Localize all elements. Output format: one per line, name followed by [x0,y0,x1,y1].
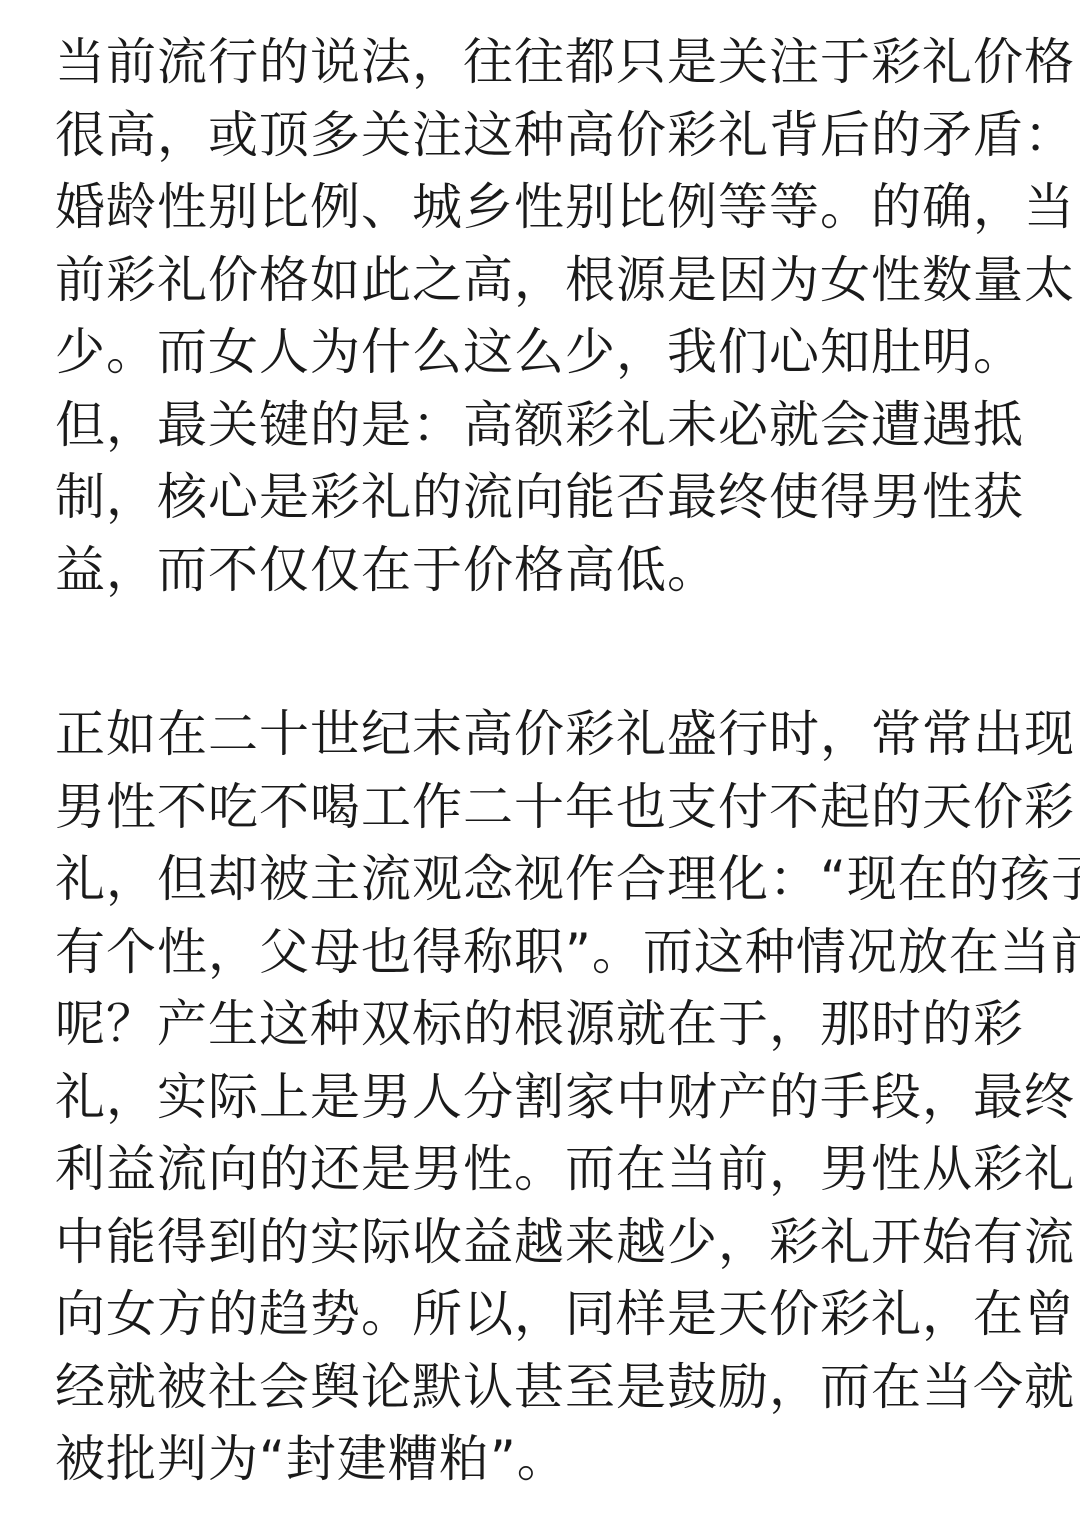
text-line: 男性不吃不喝工作二十年也支付不起的天价彩 [55,771,1030,844]
text-line: 向女方的趋势。所以，同样是天价彩礼，在曾 [55,1278,1030,1351]
text-line: 中能得到的实际收益越来越少，彩礼开始有流 [55,1206,1030,1279]
paragraph-2: 正如在二十世纪末高价彩礼盛行时，常常出现 男性不吃不喝工作二十年也支付不起的天价… [55,698,1030,1496]
text-line: 但，最关键的是：高额彩礼未必就会遭遇抵 [55,389,1030,462]
text-line: 婚龄性别比例、城乡性别比例等等。的确，当 [55,171,1030,244]
text-line: 制，核心是彩礼的流向能否最终使得男性获 [55,461,1030,534]
text-line: 礼，实际上是男人分割家中财产的手段，最终 [55,1061,1030,1134]
text-line: 经就被社会舆论默认甚至是鼓励，而在当今就 [55,1351,1030,1424]
paragraph-1: 当前流行的说法，往往都只是关注于彩礼价格 很高，或顶多关注这种高价彩礼背后的矛盾… [55,26,1030,606]
text-line: 被批判为“封建糟粕”。 [55,1423,1030,1496]
text-line: 正如在二十世纪末高价彩礼盛行时，常常出现 [55,698,1030,771]
text-line: 很高，或顶多关注这种高价彩礼背后的矛盾： [55,99,1030,172]
text-line: 礼，但却被主流观念视作合理化：“现在的孩子 [55,843,1030,916]
text-line: 利益流向的还是男性。而在当前，男性从彩礼 [55,1133,1030,1206]
text-line: 呢？产生这种双标的根源就在于，那时的彩 [55,988,1030,1061]
article-body: 当前流行的说法，往往都只是关注于彩礼价格 很高，或顶多关注这种高价彩礼背后的矛盾… [55,26,1030,1496]
text-line: 少。而女人为什么这么少，我们心知肚明。 [55,316,1030,389]
text-line: 有个性，父母也得称职”。而这种情况放在当前 [55,916,1030,989]
text-line: 益，而不仅仅在于价格高低。 [55,534,1030,607]
text-line: 前彩礼价格如此之高，根源是因为女性数量太 [55,244,1030,317]
text-line: 当前流行的说法，往往都只是关注于彩礼价格 [55,26,1030,99]
